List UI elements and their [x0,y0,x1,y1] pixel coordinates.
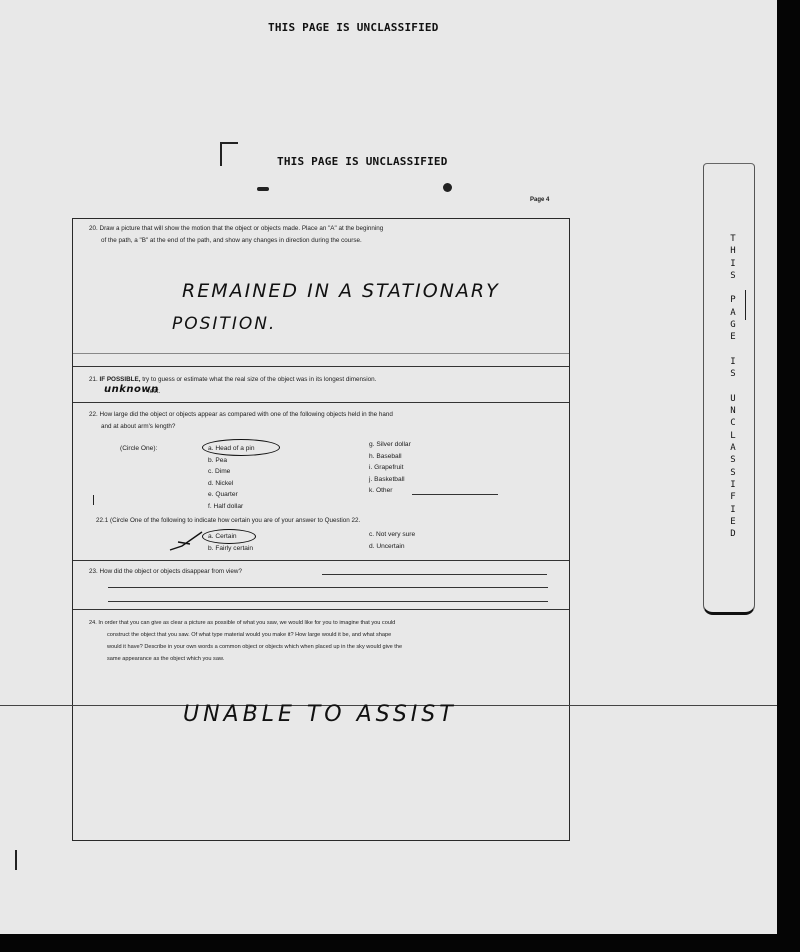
circle-one-label: (Circle One): [120,443,157,455]
selection-circle-q22-1 [202,529,256,544]
divider [73,353,569,354]
option-b[interactable]: b. Pea [208,455,255,467]
scan-edge-bottom [0,934,800,952]
question-22-1: 22.1 (Circle One of the following to ind… [96,515,556,527]
option-i[interactable]: i. Grapefruit [369,462,411,474]
option-not-very-sure[interactable]: c. Not very sure [369,529,415,541]
corner-bracket [220,142,238,166]
divider-q22-q23 [73,560,569,561]
handwritten-answer-20-line1: REMAINED IN A STATIONARY [182,280,500,302]
options-right-q22-1: c. Not very sure d. Uncertain [369,529,415,552]
option-fairly-certain[interactable]: b. Fairly certain [208,543,253,555]
options-right-q22: g. Silver dollar h. Baseball i. Grapefru… [369,439,411,497]
scan-edge-right [777,0,800,952]
option-d[interactable]: d. Nickel [208,478,255,490]
scan-artifact [745,290,746,320]
checkmark-icon [168,530,204,554]
ink-speck [257,187,269,191]
scan-artifact [15,850,17,870]
classification-stamp-top: THIS PAGE IS UNCLASSIFIED [268,21,439,34]
handwritten-answer-20-line2: POSITION. [172,314,276,334]
selection-circle-q22 [202,439,280,456]
option-e[interactable]: e. Quarter [208,489,255,501]
option-uncertain[interactable]: d. Uncertain [369,541,415,553]
option-f[interactable]: f. Half dollar [208,501,255,513]
option-j[interactable]: j. Basketball [369,474,411,486]
option-k[interactable]: k. Other [369,485,411,497]
unit-feet: feet. [148,386,160,398]
questionnaire-form [72,218,570,841]
answer-line-23-3[interactable] [108,601,548,602]
divider-q23-q24 [73,609,569,610]
question-23: 23. How did the object or objects disapp… [89,566,242,578]
handwritten-answer-24: UNABLE TO ASSIST [183,702,457,727]
question-24: 24. In order that you can give as clear … [89,617,559,665]
option-h[interactable]: h. Baseball [369,451,411,463]
page-number: Page 4 [530,197,549,203]
answer-line-23-1[interactable] [322,574,547,575]
question-20: 20. Draw a picture that will show the mo… [89,223,549,247]
question-22: 22. How large did the object or objects … [89,409,549,433]
answer-line-23-2[interactable] [108,587,548,588]
scan-artifact [93,495,94,505]
other-input-line[interactable] [412,494,498,495]
option-c[interactable]: c. Dime [208,466,255,478]
classification-stamp-mid: THIS PAGE IS UNCLASSIFIED [277,155,448,168]
side-classification-stamp: THIS PAGE IS UNCLASSIFIED [727,233,739,540]
option-g[interactable]: g. Silver dollar [369,439,411,451]
divider-q20-q21 [73,366,569,367]
divider-q21-q22 [73,402,569,403]
ink-speck [443,183,452,192]
